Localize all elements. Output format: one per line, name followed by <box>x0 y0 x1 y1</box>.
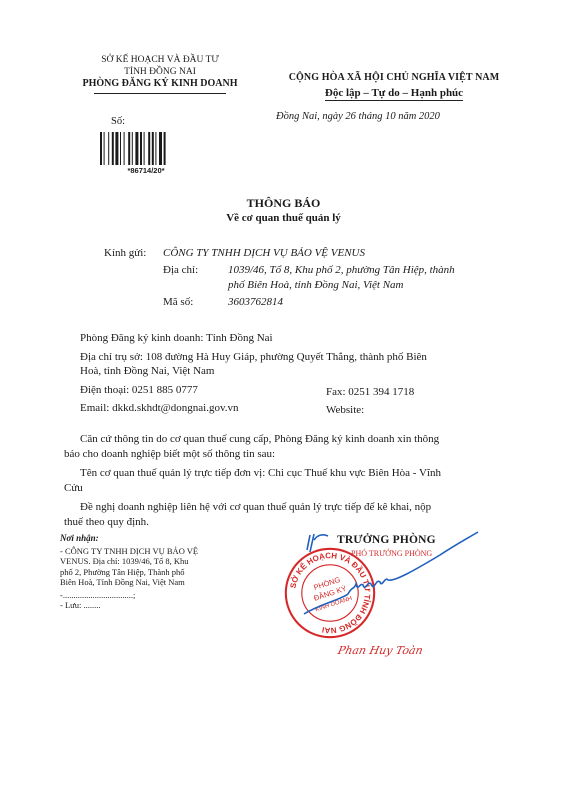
barcode-number: *86714/20* <box>100 166 192 175</box>
recipient-label: Kính gửi: <box>104 246 146 261</box>
recipients-line: Biên Hoà, Tỉnh Đồng Nai, Việt Nam <box>60 577 220 588</box>
body-paragraph-2-line-2: Cửu <box>64 481 83 496</box>
body-paragraph-3-line-2: thuế theo quy định. <box>64 515 149 530</box>
recipients-header: Nơi nhận: <box>60 533 220 544</box>
signatory-subtitle: PHÓ TRƯỞNG PHÒNG <box>351 549 432 558</box>
document-subtitle: Về cơ quan thuế quản lý <box>0 212 567 224</box>
issuer-office: Phòng Đăng ký kinh doanh: Tỉnh Đồng Nai <box>80 331 273 346</box>
issuer-address-line2: Hoà, tỉnh Đồng Nai, Việt Nam <box>80 364 214 379</box>
national-motto: Độc lập – Tự do – Hạnh phúc <box>325 87 463 101</box>
signatory-title: TRƯỞNG PHÒNG <box>337 534 436 546</box>
issuer-website: Website: <box>326 403 364 418</box>
body-paragraph-2-line-1: Tên cơ quan thuế quản lý trực tiếp đơn v… <box>80 466 441 481</box>
body-paragraph-3-line-1: Đề nghị doanh nghiệp liên hệ với cơ quan… <box>80 500 431 515</box>
recipients-line: VENUS. Địa chỉ: 1039/46, Tổ 8, Khu <box>60 556 220 567</box>
issuer-phone: Điện thoại: 0251 885 0777 <box>80 383 198 398</box>
body-paragraph-1-line-1: Căn cứ thông tin do cơ quan thuế cung cấ… <box>80 432 439 447</box>
recipients-line: - CÔNG TY TNHH DỊCH VỤ BẢO VỆ <box>60 546 220 557</box>
issuer-fax: Fax: 0251 394 1718 <box>326 385 414 400</box>
signatory-name: Phan Huy Toàn <box>337 644 425 657</box>
recipient-company: CÔNG TY TNHH DỊCH VỤ BẢO VỆ VENUS <box>163 246 365 261</box>
document-number-label: Số: <box>111 116 125 127</box>
barcode-icon <box>100 132 192 165</box>
recipient-address-line1: 1039/46, Tổ 8, Khu phố 2, phường Tân Hiệ… <box>228 263 455 278</box>
province-name: TỈNH ĐỒNG NAI <box>60 66 260 78</box>
department-name: SỞ KẾ HOẠCH VÀ ĐẦU TƯ <box>60 54 260 66</box>
national-header: CỘNG HÒA XÃ HỘI CHỦ NGHĨA VIỆT NAM Độc l… <box>254 72 534 101</box>
recipient-tax-code: 3603762814 <box>228 295 283 310</box>
recipients-line: -.................................; <box>60 590 220 601</box>
issuer-email: Email: dkkd.skhdt@dongnai.gov.vn <box>80 401 239 416</box>
recipient-address-line2: phố Biên Hoà, tỉnh Đồng Nai, Việt Nam <box>228 278 403 293</box>
body-paragraph-1-line-2: báo cho doanh nghiệp biết một số thông t… <box>64 447 275 462</box>
header-divider <box>94 93 226 94</box>
document-date: Đồng Nai, ngày 26 tháng 10 năm 2020 <box>276 111 440 122</box>
issuing-agency-header: SỞ KẾ HOẠCH VÀ ĐẦU TƯ TỈNH ĐỒNG NAI PHÒN… <box>60 54 260 94</box>
recipients-line: - Lưu: ........ <box>60 600 220 611</box>
recipient-tax-label: Mã số: <box>163 295 193 310</box>
recipients-block: Nơi nhận: - CÔNG TY TNHH DỊCH VỤ BẢO VỆ … <box>60 533 220 611</box>
recipient-address-label: Địa chỉ: <box>163 263 198 278</box>
office-name: PHÒNG ĐĂNG KÝ KINH DOANH <box>60 78 260 90</box>
document-title: THÔNG BÁO <box>0 196 567 211</box>
recipients-line: phố 2, Phường Tân Hiệp, Thành phố <box>60 567 220 578</box>
issuer-address-line1: Địa chỉ trụ sở: 108 đường Hà Huy Giáp, p… <box>80 350 427 365</box>
nation-name: CỘNG HÒA XÃ HỘI CHỦ NGHĨA VIỆT NAM <box>254 72 534 83</box>
